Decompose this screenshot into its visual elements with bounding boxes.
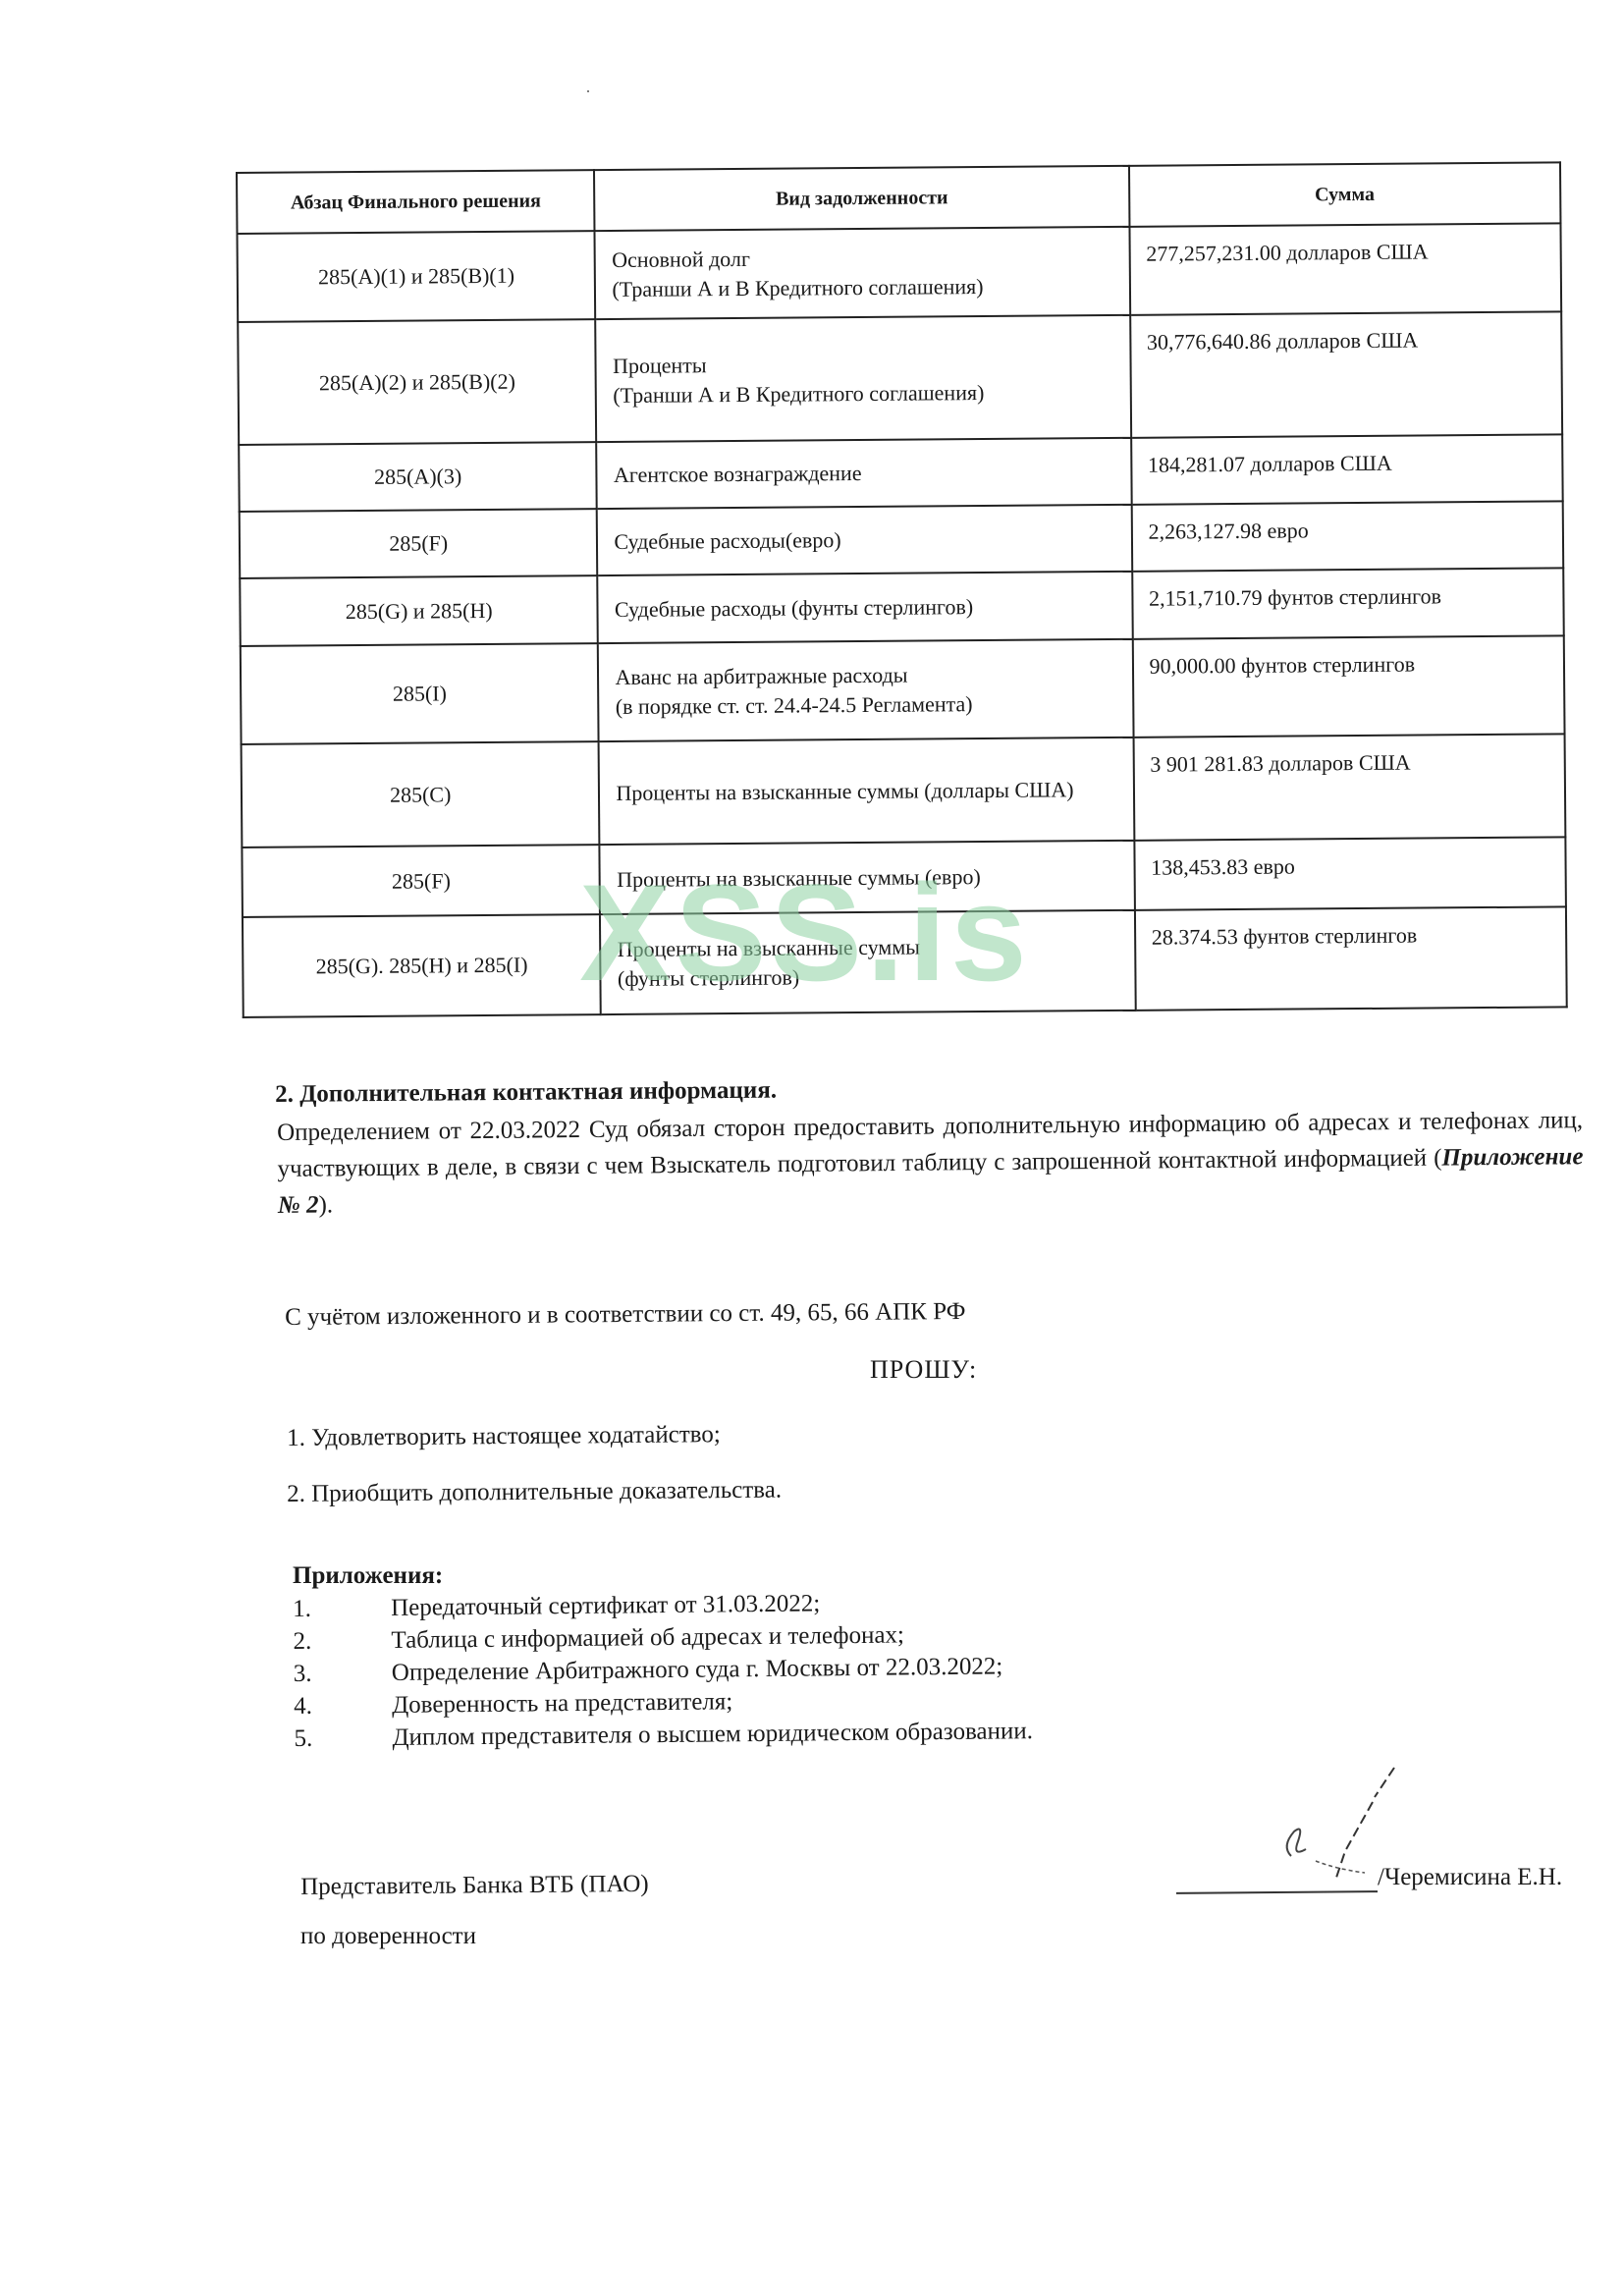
attachment-text: Таблица с информацией об адресах и телеф… bbox=[391, 1621, 904, 1659]
debt-kind-line: Проценты на взысканные суммы (доллары СШ… bbox=[616, 774, 1116, 807]
cell-debt-kind: Проценты(Транши А и В Кредитного соглаше… bbox=[596, 315, 1131, 442]
attachments-list: 1.Передаточный сертификат от 31.03.2022;… bbox=[293, 1586, 1276, 1758]
signer-name: /Черемисина Е.Н. bbox=[1378, 1861, 1562, 1894]
cell-debt-kind: Аванс на арбитражные расходы(в порядке с… bbox=[598, 639, 1133, 741]
table-row: 285(C)Проценты на взысканные суммы (долл… bbox=[242, 734, 1566, 847]
debt-table-body: 285(A)(1) и 285(B)(1)Основной долг(Транш… bbox=[237, 223, 1566, 1017]
attachments-title: Приложения: bbox=[293, 1559, 443, 1593]
legal-basis: С учётом изложенного и в соответствии со… bbox=[285, 1295, 966, 1335]
request-item: 1. Удовлетворить настоящее ходатайство; bbox=[287, 1418, 721, 1455]
debt-kind-line: (Транши А и В Кредитного соглашения) bbox=[613, 376, 1113, 410]
debt-kind-line: Аванс на арбитражные расходы bbox=[615, 659, 1115, 692]
request-item: 2. Приобщить дополнительные доказательст… bbox=[287, 1474, 782, 1511]
cell-paragraph: 285(G) и 285(H) bbox=[240, 575, 598, 646]
paragraph-end: ). bbox=[318, 1191, 333, 1218]
cell-paragraph: 285(F) bbox=[240, 509, 598, 578]
attachment-text: Определение Арбитражного суда г. Москвы … bbox=[392, 1653, 1003, 1692]
scan-speck bbox=[587, 90, 589, 92]
cell-paragraph: 285(G). 285(H) и 285(I) bbox=[243, 914, 601, 1017]
attachment-num: 3. bbox=[294, 1660, 392, 1693]
table-row: 285(A)(3)Агентское вознаграждение184,281… bbox=[239, 434, 1562, 512]
debt-kind-line: Агентское вознаграждение bbox=[614, 457, 1114, 490]
debt-kind-line: Проценты на взысканные суммы (евро) bbox=[617, 860, 1117, 894]
table-header-row: Абзац Финального решения Вид задолженнос… bbox=[237, 162, 1560, 234]
debt-kind-line: Судебные расходы(евро) bbox=[614, 523, 1114, 557]
debt-kind-line: Основной долг bbox=[612, 242, 1112, 275]
debt-kind-line: Судебные расходы (фунты стерлингов) bbox=[615, 590, 1115, 624]
table-row: 285(F)Проценты на взысканные суммы (евро… bbox=[242, 837, 1566, 917]
cell-amount: 184,281.07 долларов США bbox=[1131, 434, 1563, 504]
cell-paragraph: 285(C) bbox=[242, 741, 600, 847]
section-title: 2. Дополнительная контактная информация. bbox=[275, 1074, 777, 1112]
cell-debt-kind: Судебные расходы (фунты стерлингов) bbox=[598, 572, 1133, 643]
attachment-num: 5. bbox=[294, 1724, 392, 1758]
cell-amount: 138,453.83 евро bbox=[1134, 837, 1566, 909]
request-title: ПРОШУ: bbox=[870, 1353, 977, 1387]
cell-debt-kind: Проценты на взысканные суммы(фунты стерл… bbox=[600, 910, 1135, 1014]
cell-amount: 28.374.53 фунтов стерлингов bbox=[1135, 906, 1567, 1010]
header-amount: Сумма bbox=[1129, 162, 1561, 226]
header-paragraph: Абзац Финального решения bbox=[237, 170, 595, 234]
attachment-text: Диплом представителя о высшем юридическо… bbox=[392, 1718, 1033, 1757]
cell-amount: 90,000.00 фунтов стерлингов bbox=[1132, 635, 1564, 737]
cell-paragraph: 285(F) bbox=[242, 845, 600, 917]
paragraph-text: Определением от 22.03.2022 Суд обязал ст… bbox=[277, 1107, 1583, 1182]
debt-table: Абзац Финального решения Вид задолженнос… bbox=[236, 161, 1568, 1018]
cell-debt-kind: Основной долг(Транши А и В Кредитного со… bbox=[595, 227, 1130, 319]
cell-paragraph: 285(A)(1) и 285(B)(1) bbox=[237, 231, 595, 322]
debt-kind-line: Проценты на взысканные суммы bbox=[618, 931, 1118, 964]
cell-amount: 2,263,127.98 евро bbox=[1131, 501, 1563, 571]
debt-kind-line: Проценты bbox=[613, 347, 1113, 380]
document-page: Абзац Финального решения Вид задолженнос… bbox=[0, 0, 1624, 2296]
cell-debt-kind: Агентское вознаграждение bbox=[597, 438, 1132, 509]
table-row: 285(I)Аванс на арбитражные расходы(в пор… bbox=[241, 635, 1565, 744]
debt-kind-line: (в порядке ст. ст. 24.4-24.5 Регламента) bbox=[616, 688, 1116, 722]
table-row: 285(A)(1) и 285(B)(1)Основной долг(Транш… bbox=[237, 223, 1561, 322]
attachment-num: 1. bbox=[293, 1595, 391, 1628]
cell-paragraph: 285(A)(2) и 285(B)(2) bbox=[238, 319, 596, 445]
signer-role: Представитель Банка ВТБ (ПАО) bbox=[300, 1868, 649, 1904]
debt-kind-line: (фунты стерлингов) bbox=[618, 960, 1118, 994]
cell-debt-kind: Проценты на взысканные суммы (доллары СШ… bbox=[599, 738, 1134, 845]
attachment-num: 2. bbox=[293, 1627, 391, 1661]
cell-amount: 2,151,710.79 фунтов стерлингов bbox=[1132, 568, 1564, 638]
attachment-text: Передаточный сертификат от 31.03.2022; bbox=[391, 1590, 820, 1627]
signer-basis: по доверенности bbox=[300, 1920, 476, 1953]
cell-paragraph: 285(A)(3) bbox=[239, 442, 597, 512]
table-row: 285(F)Судебные расходы(евро)2,263,127.98… bbox=[240, 501, 1563, 578]
attachment-num: 4. bbox=[294, 1692, 392, 1725]
cell-paragraph: 285(I) bbox=[241, 643, 599, 744]
cell-debt-kind: Проценты на взысканные суммы (евро) bbox=[600, 841, 1135, 914]
table-row: 285(A)(2) и 285(B)(2)Проценты(Транши А и… bbox=[238, 311, 1562, 445]
header-debt-kind: Вид задолженности bbox=[594, 166, 1129, 231]
cell-amount: 277,257,231.00 долларов США bbox=[1129, 223, 1561, 314]
cell-amount: 3 901 281.83 долларов США bbox=[1133, 734, 1565, 840]
table-row: 285(G). 285(H) и 285(I)Проценты на взыск… bbox=[243, 906, 1567, 1017]
table-row: 285(G) и 285(H)Судебные расходы (фунты с… bbox=[240, 568, 1564, 646]
section-paragraph: Определением от 22.03.2022 Суд обязал ст… bbox=[277, 1102, 1584, 1224]
attachment-text: Доверенность на представителя; bbox=[392, 1688, 732, 1724]
cell-amount: 30,776,640.86 долларов США bbox=[1130, 311, 1562, 437]
cell-debt-kind: Судебные расходы(евро) bbox=[597, 505, 1132, 575]
debt-kind-line: (Транши А и В Кредитного соглашения) bbox=[612, 271, 1112, 304]
